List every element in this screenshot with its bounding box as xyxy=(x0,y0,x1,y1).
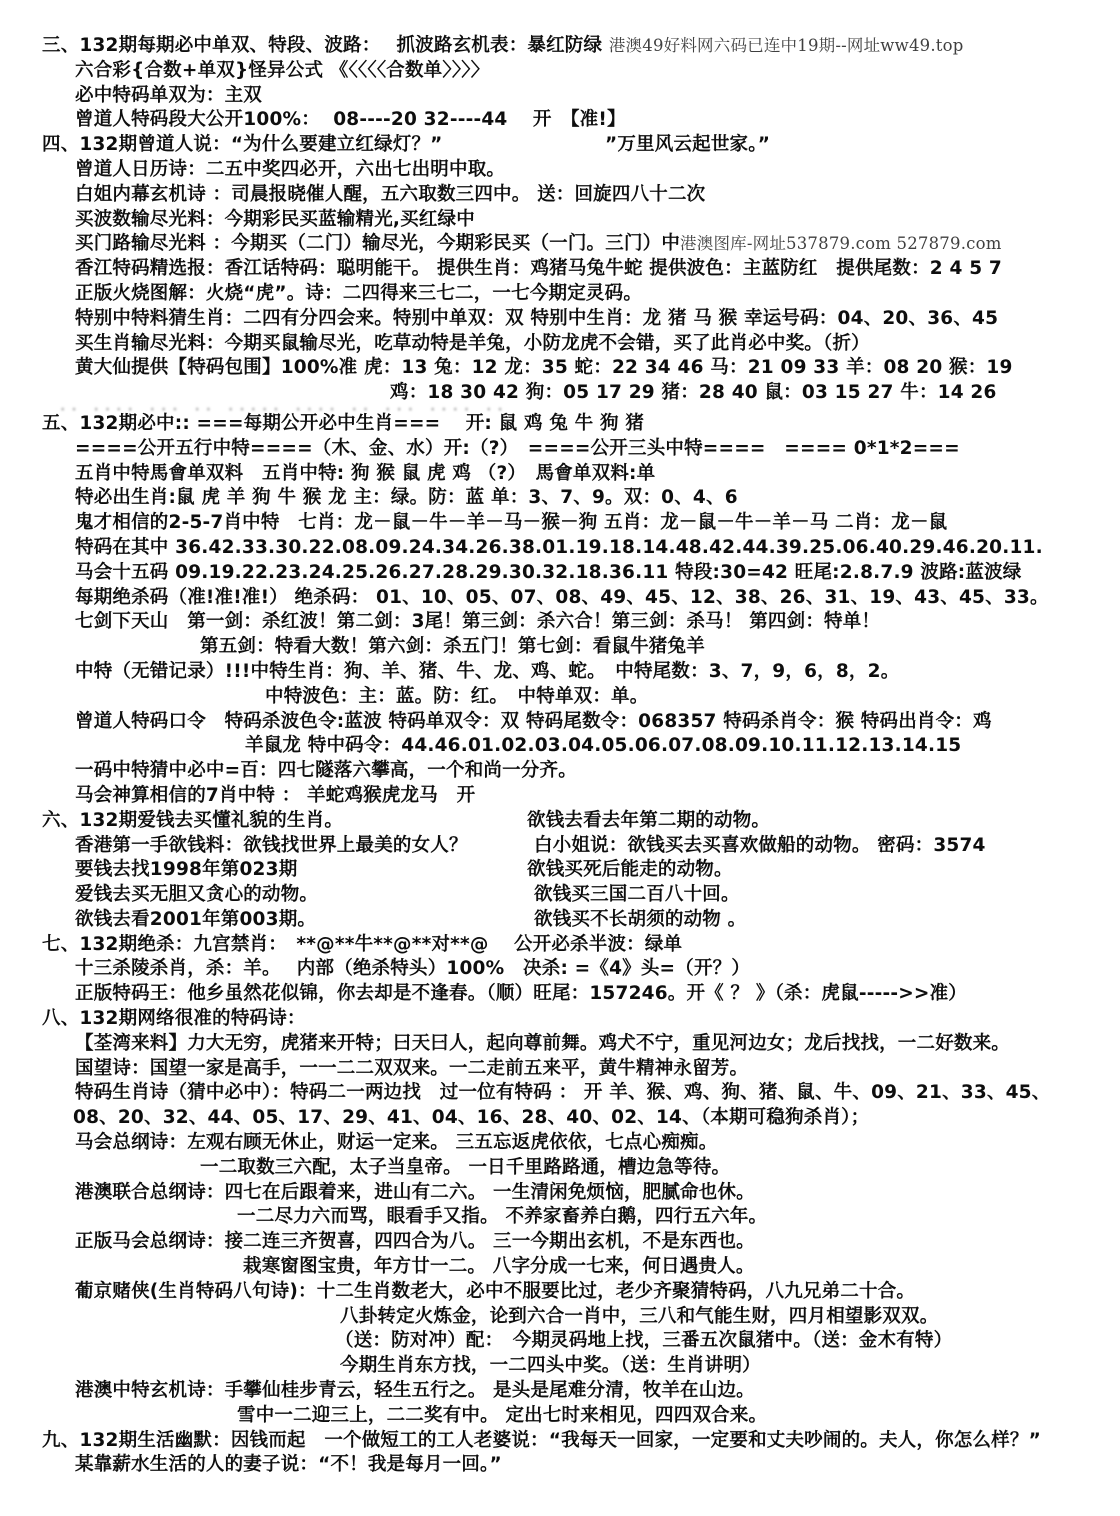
text-line-44: 特码生肖诗（猜中必中）：特码二一两边找 过一位有特码 ： 开 羊、猴、鸡、狗、猪… xyxy=(0,1081,1120,1106)
line-segment: 曾道人特码口令 特码杀波色令:蓝波 特码单双令：双 特码尾数令：068357 特… xyxy=(75,711,992,732)
line-segment: ====公开五行中特====（木、金、水）开:（?） ====公开三头中特===… xyxy=(75,438,960,459)
text-line-35: 要钱去找1998年第023期欲钱买死后能走的动物。 xyxy=(0,858,1120,883)
line-segment: 香港第一手欲钱料：欲钱找世界上最美的女人？ xyxy=(75,835,468,856)
text-line-59: 某靠薪水生活的人的妻子说：“不！我是每月一回。” xyxy=(0,1453,1120,1478)
line-segment: 栽寒窗图宝贵，年方廿一二。 八字分成一七来，何日遇贵人。 xyxy=(243,1256,755,1277)
line-segment: 五、132期必中:: ===每期公开必中生肖=== 开: 鼠 鸡 兔 牛 狗 猪 xyxy=(42,413,644,434)
text-line-1: 三、132期每期必中单双、特段、波路： 抓波路玄机表：暴红防绿 港澳49好料网六… xyxy=(0,34,1120,59)
text-line-11: 正版火烧图解：火烧“虎”。诗：二四得来三七二，一七今期定灵码。 xyxy=(0,282,1120,307)
text-line-25: 七剑下天山 第一剑：杀红波！第二剑：3尾！第三剑：杀六合！第三剑：杀马！ 第四剑… xyxy=(0,610,1120,635)
line-segment: 必中特码单双为：主双 xyxy=(75,85,262,106)
line-segment: 买波数输尽光料：今期彩民买蓝输精光,买红绿中 xyxy=(75,209,475,230)
line-segment: 七、132期绝杀：九宫禁肖： **@**牛**@**对**@ 公开必杀半波：绿单 xyxy=(42,934,682,955)
text-line-36: 爱钱去买无胆又贪心的动物。欲钱买三国二百八十回。 xyxy=(0,883,1120,908)
text-line-5: 四、132期曾道人说：“为什么要建立红绿灯？””万里风云起世家。” xyxy=(0,133,1120,158)
line-segment: 黄大仙提供【特码包围】100%准 虎：13 兔：12 龙：35 蛇：22 34 … xyxy=(75,357,1013,378)
line-segment: 欲钱去看去年第二期的动物。 xyxy=(527,809,770,834)
text-line-13: 买生肖输尽光料：今期买鼠输尽光，吃草动特是羊兔，小防龙虎不会错，买了此肖必中奖。… xyxy=(0,332,1120,357)
line-segment: 欲钱买三国二百八十回。 xyxy=(534,883,740,908)
text-line-53: 八卦转定火炼金，论到六合一肖中，三八和气能生财，四月相望影双双。 xyxy=(0,1305,1120,1330)
text-line-33: 六、132期爱钱去买懂礼貌的生肖。欲钱去看去年第二期的动物。 xyxy=(0,809,1120,834)
line-segment: 五肖中特馬會单双料 五肖中特: 狗 猴 鼠 虎 鸡 （?） 馬會单双料:单 xyxy=(75,463,655,484)
text-line-42: 【荃湾来料】力大无穷，虎猪来开特；曰天曰人，起向尊前舞。鸡犬不宁，重见河边女；龙… xyxy=(0,1032,1120,1057)
watermark-text: 港澳图库-网址537879.com 527879.com xyxy=(680,234,1002,253)
text-line-29: 曾道人特码口令 特码杀波色令:蓝波 特码单双令：双 特码尾数令：068357 特… xyxy=(0,710,1120,735)
line-segment: ”万里风云起世家。” xyxy=(605,133,770,158)
text-line-43: 国望诗：国望一家是高手，一一二二双双来。一二走前五来平，黄牛精神永留芳。 xyxy=(0,1057,1120,1082)
line-segment: 马会神算相信的7肖中特 ： 羊蛇鸡猴虎龙马 开 xyxy=(75,785,475,806)
text-line-4: 曾道人特码段大公开100%： 08----20 32----44 开 【准!】 xyxy=(0,108,1120,133)
line-segment: 一码中特猜中必中=百：四七隧落六攀高，一个和尚一分齐。 xyxy=(75,760,577,781)
line-segment: 六、132期爱钱去买懂礼貌的生肖。 xyxy=(42,810,343,831)
line-segment: 香江特码精选报：香江话特码：聪明能干。 提供生肖：鸡猪马兔牛蛇 提供波色：主蓝防… xyxy=(75,258,1002,279)
text-line-18: ====公开五行中特====（木、金、水）开:（?） ====公开三头中特===… xyxy=(0,437,1120,462)
text-line-19: 五肖中特馬會单双料 五肖中特: 狗 猴 鼠 虎 鸡 （?） 馬會单双料:单 xyxy=(0,462,1120,487)
text-line-46: 马会总纲诗：左观右顾无休止，财运一定来。 三五忘返虎依依，七点心痴痴。 xyxy=(0,1131,1120,1156)
text-line-30: 羊鼠龙 特中码令：44.46.01.02.03.04.05.06.07.08.0… xyxy=(0,734,1120,759)
text-line-48: 港澳联合总纲诗：四七在后跟着来，进山有二六。 一生清闲免烦恼，肥腻命也休。 xyxy=(0,1181,1120,1206)
text-line-52: 葡京赌侠(生肖特码八句诗)：十二生肖数老大，必中不服要比过，老少齐聚猜特码，八九… xyxy=(0,1280,1120,1305)
line-segment: 特码生肖诗（猜中必中）：特码二一两边找 过一位有特码 ： 开 羊、猴、鸡、狗、猪… xyxy=(75,1082,1050,1103)
text-line-38: 七、132期绝杀：九宫禁肖： **@**牛**@**对**@ 公开必杀半波：绿单 xyxy=(0,933,1120,958)
line-segment: 六合彩{合数+单双}怪异公式 《〈〈〈〈合数单〉〉〉〉 xyxy=(75,60,489,81)
line-segment: 港澳联合总纲诗：四七在后跟着来，进山有二六。 一生清闲免烦恼，肥腻命也休。 xyxy=(75,1182,755,1203)
line-segment: 第五剑：特看大数！第六剑：杀五门！第七剑：看鼠牛猪兔羊 xyxy=(200,636,705,657)
document-body: 三、132期每期必中单双、特段、波路： 抓波路玄机表：暴红防绿 港澳49好料网六… xyxy=(0,0,1120,1478)
line-segment: 鸡：18 30 42 狗：05 17 29 猪：28 40 鼠：03 15 27… xyxy=(390,382,997,403)
text-line-10: 香江特码精选报：香江话特码：聪明能干。 提供生肖：鸡猪马兔牛蛇 提供波色：主蓝防… xyxy=(0,257,1120,282)
line-segment: 买生肖输尽光料：今期买鼠输尽光，吃草动特是羊兔，小防龙虎不会错，买了此肖必中奖。… xyxy=(75,333,870,354)
line-segment: 白姐内幕玄机诗 ：司晨报晓催人醒，五六取数三四中。 送：回旋四八十二次 xyxy=(75,184,705,205)
line-segment: 三、132期每期必中单双、特段、波路： 抓波路玄机表：暴红防绿 xyxy=(42,35,609,56)
line-segment: 爱钱去买无胆又贪心的动物。 xyxy=(75,884,318,905)
text-line-14: 黄大仙提供【特码包围】100%准 虎：13 兔：12 龙：35 蛇：22 34 … xyxy=(0,356,1120,381)
text-line-57: 雪中一二迎三上，二二奖有中。 定出七时来相见，四四双合来。 xyxy=(0,1404,1120,1429)
text-line-9: 买门路输尽光料 ：今期买（二门）输尽光，今期彩民买（一门。三门）中港澳图库-网址… xyxy=(0,232,1120,257)
text-line-45: 08、20、32、44、05、17、29、41、04、16、28、40、02、1… xyxy=(0,1106,1120,1131)
line-segment: 一二尽力六而骂，眼看手又指。 不养家畜养白鹅，四行五六年。 xyxy=(237,1206,767,1227)
line-segment: 特别中特料猜生肖：二四有分四会来。特别中单双：双 特别中生肖：龙 猪 马 猴 幸… xyxy=(75,308,998,329)
line-segment: 九、132期生活幽默：因钱而起 一个做短工的工人老婆说：“我每天一回家，一定要和… xyxy=(42,1430,1041,1451)
text-line-49: 一二尽力六而骂，眼看手又指。 不养家畜养白鹅，四行五六年。 xyxy=(0,1205,1120,1230)
text-line-20: 特必出生肖:鼠 虎 羊 狗 牛 猴 龙 主：绿。防：蓝 单：3、7、9。双：0、… xyxy=(0,486,1120,511)
text-line-8: 买波数输尽光料：今期彩民买蓝输精光,买红绿中 xyxy=(0,208,1120,233)
line-segment: 八、132期网络很准的特码诗： xyxy=(42,1008,306,1029)
text-line-58: 九、132期生活幽默：因钱而起 一个做短工的工人老婆说：“我每天一回家，一定要和… xyxy=(0,1429,1120,1454)
line-segment: 要钱去找1998年第023期 xyxy=(75,859,297,880)
line-segment: （送：防对冲）配： 今期灵码地上找，三番五次鼠猪中。（送：金木有特） xyxy=(335,1330,952,1351)
text-line-39: 十三杀陵杀肖，杀：羊。 内部（绝杀特头）100% 决杀: =《4》头=（开？） xyxy=(0,957,1120,982)
text-line-12: 特别中特料猜生肖：二四有分四会来。特别中单双：双 特别中生肖：龙 猪 马 猴 幸… xyxy=(0,307,1120,332)
text-line-32: 马会神算相信的7肖中特 ： 羊蛇鸡猴虎龙马 开 xyxy=(0,784,1120,809)
line-segment: 中特（无错记录）!!!中特生肖：狗、羊、猪、牛、龙、鸡、蛇。 中特尾数：3、7，… xyxy=(75,661,899,682)
line-segment: 八卦转定火炼金，论到六合一肖中，三八和气能生财，四月相望影双双。 xyxy=(340,1306,938,1327)
line-segment: 雪中一二迎三上，二二奖有中。 定出七时来相见，四四双合来。 xyxy=(237,1405,767,1426)
line-segment: 特码在其中 36.42.33.30.22.08.09.24.34.26.38.0… xyxy=(75,537,1043,558)
text-line-47: 一二取数三六配，太子当皇帝。 一日千里路路通，槽边急等待。 xyxy=(0,1156,1120,1181)
text-line-41: 八、132期网络很准的特码诗： xyxy=(0,1007,1120,1032)
line-segment: 某靠薪水生活的人的妻子说：“不！我是每月一回。” xyxy=(75,1454,502,1475)
watermark-text: 港澳49好料网六码已连中19期--网址ww49.top xyxy=(609,36,964,55)
line-segment: 七剑下天山 第一剑：杀红波！第二剑：3尾！第三剑：杀六合！第三剑：杀马！ 第四剑… xyxy=(75,611,880,632)
line-segment: 买门路输尽光料 ：今期买（二门）输尽光，今期彩民买（一门。三门）中 xyxy=(75,233,680,254)
line-segment: 曾道人日历诗：二五中奖四必开，六出七出明中取。 xyxy=(75,159,505,180)
line-segment: 马会十五码 09.19.22.23.24.25.26.27.28.29.30.3… xyxy=(75,562,1021,583)
text-line-34: 香港第一手欲钱料：欲钱找世界上最美的女人？白小姐说：欲钱买去买喜欢做船的动物。 … xyxy=(0,834,1120,859)
line-segment: 每期绝杀码（准!准!准!） 绝杀码： 01、10、05、07、08、49、45、… xyxy=(75,587,1049,608)
text-line-2: 六合彩{合数+单双}怪异公式 《〈〈〈〈合数单〉〉〉〉 xyxy=(0,59,1120,84)
tip-sheet-page: { "page": { "background": "#ffffff", "te… xyxy=(0,0,1120,1516)
line-segment: 葡京赌侠(生肖特码八句诗)：十二生肖数老大，必中不服要比过，老少齐聚猜特码，八九… xyxy=(75,1281,915,1302)
line-segment: 特必出生肖:鼠 虎 羊 狗 牛 猴 龙 主：绿。防：蓝 单：3、7、9。双：0、… xyxy=(75,487,738,508)
line-segment: 四、132期曾道人说：“为什么要建立红绿灯？” xyxy=(42,134,443,155)
text-line-31: 一码中特猜中必中=百：四七隧落六攀高，一个和尚一分齐。 xyxy=(0,759,1120,784)
line-segment: 【荃湾来料】力大无穷，虎猪来开特；曰天曰人，起向尊前舞。鸡犬不宁，重见河边女；龙… xyxy=(75,1033,1010,1054)
text-line-28: 中特波色：主：蓝。防：红。 中特单双：单。 xyxy=(0,685,1120,710)
text-line-6: 曾道人日历诗：二五中奖四必开，六出七出明中取。 xyxy=(0,158,1120,183)
text-line-22: 特码在其中 36.42.33.30.22.08.09.24.34.26.38.0… xyxy=(0,536,1120,561)
line-segment: 马会总纲诗：左观右顾无休止，财运一定来。 三五忘返虎依依，七点心痴痴。 xyxy=(75,1132,717,1153)
line-segment: 欲钱买死后能走的动物。 xyxy=(527,858,733,883)
text-line-17: 五、132期必中:: ===每期公开必中生肖=== 开: 鼠 鸡 兔 牛 狗 猪 xyxy=(0,412,1120,437)
text-line-27: 中特（无错记录）!!!中特生肖：狗、羊、猪、牛、龙、鸡、蛇。 中特尾数：3、7，… xyxy=(0,660,1120,685)
text-line-37: 欲钱去看2001年第003期。欲钱买不长胡须的动物 。 xyxy=(0,908,1120,933)
text-line-23: 马会十五码 09.19.22.23.24.25.26.27.28.29.30.3… xyxy=(0,561,1120,586)
text-line-54: （送：防对冲）配： 今期灵码地上找，三番五次鼠猪中。（送：金木有特） xyxy=(0,1329,1120,1354)
line-segment: 港澳中特玄机诗：手攀仙桂步青云，轻生五行之。 是头是尾难分清，牧羊在山边。 xyxy=(75,1380,755,1401)
text-line-50: 正版马会总纲诗：接二连三齐贺喜，四四合为八。 三一今期出玄机，不是东西也。 xyxy=(0,1230,1120,1255)
text-line-51: 栽寒窗图宝贵，年方廿一二。 八字分成一七来，何日遇贵人。 xyxy=(0,1255,1120,1280)
text-line-24: 每期绝杀码（准!准!准!） 绝杀码： 01、10、05、07、08、49、45、… xyxy=(0,586,1120,611)
line-segment: 今期生肖东方找，一二四头中奖。（送：生肖讲明） xyxy=(340,1355,761,1376)
line-segment: 欲钱买不长胡须的动物 。 xyxy=(534,908,746,933)
text-line-55: 今期生肖东方找，一二四头中奖。（送：生肖讲明） xyxy=(0,1354,1120,1379)
line-segment: 羊鼠龙 特中码令：44.46.01.02.03.04.05.06.07.08.0… xyxy=(245,735,961,756)
line-segment: 正版火烧图解：火烧“虎”。诗：二四得来三七二，一七今期定灵码。 xyxy=(75,283,642,304)
line-segment: 08、20、32、44、05、17、29、41、04、16、28、40、02、1… xyxy=(73,1107,869,1128)
line-segment: 欲钱去看2001年第003期。 xyxy=(75,909,316,930)
text-line-40: 正版特码王：他乡虽然花似锦，你去却是不逢春。（顺）旺尾：157246。开《 ？ … xyxy=(0,982,1120,1007)
line-segment: 中特波色：主：蓝。防：红。 中特单双：单。 xyxy=(265,686,648,707)
text-line-3: 必中特码单双为：主双 xyxy=(0,84,1120,109)
line-segment: 鬼才相信的2-5-7肖中特 七肖：龙－鼠－牛－羊－马－猴－狗 五肖：龙－鼠－牛－… xyxy=(75,512,947,533)
text-line-26: 第五剑：特看大数！第六剑：杀五门！第七剑：看鼠牛猪兔羊 xyxy=(0,635,1120,660)
line-segment: 白小姐说：欲钱买去买喜欢做船的动物。 密码：3574 xyxy=(534,834,986,859)
text-line-21: 鬼才相信的2-5-7肖中特 七肖：龙－鼠－牛－羊－马－猴－狗 五肖：龙－鼠－牛－… xyxy=(0,511,1120,536)
line-segment: 曾道人特码段大公开100%： 08----20 32----44 开 【准!】 xyxy=(75,109,626,130)
line-segment: 正版马会总纲诗：接二连三齐贺喜，四四合为八。 三一今期出玄机，不是东西也。 xyxy=(75,1231,755,1252)
line-segment: 十三杀陵杀肖，杀：羊。 内部（绝杀特头）100% 决杀: =《4》头=（开？） xyxy=(75,958,750,979)
line-segment: 一二取数三六配，太子当皇帝。 一日千里路路通，槽边急等待。 xyxy=(200,1157,730,1178)
text-line-56: 港澳中特玄机诗：手攀仙桂步青云，轻生五行之。 是头是尾难分清，牧羊在山边。 xyxy=(0,1379,1120,1404)
line-segment: 正版特码王：他乡虽然花似锦，你去却是不逢春。（顺）旺尾：157246。开《 ？ … xyxy=(75,983,967,1004)
line-segment: 国望诗：国望一家是高手，一一二二双双来。一二走前五来平，黄牛精神永留芳。 xyxy=(75,1058,748,1079)
text-line-7: 白姐内幕玄机诗 ：司晨报晓催人醒，五六取数三四中。 送：回旋四八十二次 xyxy=(0,183,1120,208)
